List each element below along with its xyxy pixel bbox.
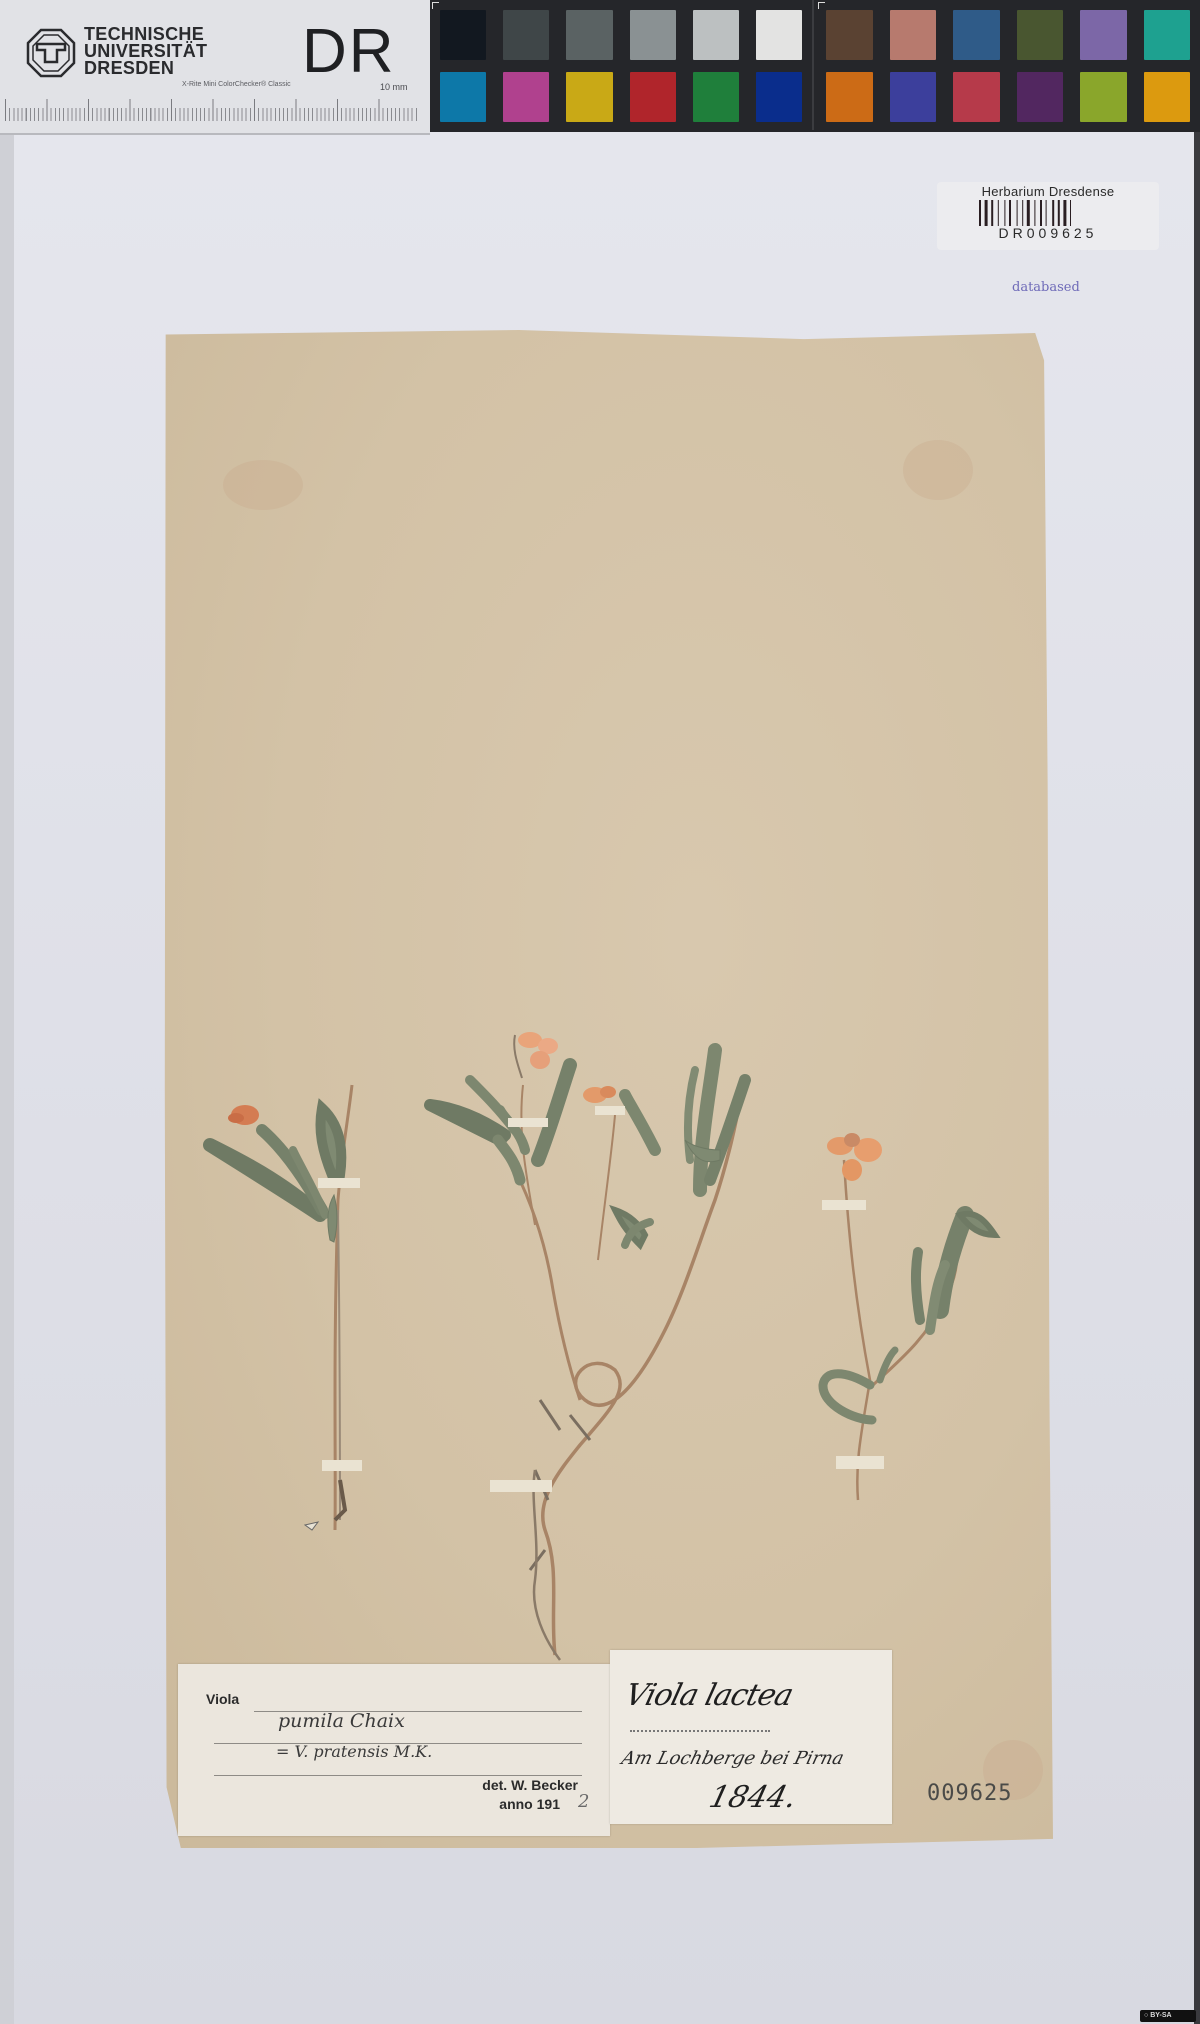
color-patch [630,10,676,60]
scale-label: 10 mm [380,82,408,92]
license-badge: ○ BY-SA [1140,2010,1196,2022]
color-patch [440,10,486,60]
color-patch [1017,72,1064,122]
cc-icon: ○ [1144,2012,1148,2019]
locality-handwritten: Am Lochberge bei Pirna [619,1748,846,1769]
color-patch [566,10,612,60]
name-underline [630,1728,770,1732]
original-name-handwritten: Viola lactea [622,1678,797,1713]
species-handwritten: pumila Chaix [278,1710,405,1732]
color-patch [890,72,937,122]
color-checker [430,0,1200,132]
determiner: det. W. Becker [482,1776,578,1795]
institution-line-3: DRESDEN [84,60,207,77]
collection-year-handwritten: 1844. [706,1780,801,1815]
synonym-handwritten: = V. pratensis M.K. [276,1742,432,1761]
color-patch [440,72,486,122]
color-patch [1144,72,1191,122]
stain [223,460,303,510]
color-checker-right [816,0,1200,130]
color-patch [953,72,1000,122]
color-patch [503,10,549,60]
color-checker-left [430,0,814,130]
year-printed: anno 191 [499,1796,560,1812]
databased-stamp: databased [1012,280,1080,295]
barcode-id: DR009625 [937,225,1159,241]
color-patch [756,72,802,122]
scale-ruler-card: TECHNISCHE UNIVERSITÄT DRESDEN DR X-Rite… [0,0,430,135]
color-patch [566,72,612,122]
herbarium-code: DR [302,20,396,84]
color-patch [756,10,802,60]
original-label: Viola lactea Am Lochberge bei Pirna 1844… [610,1650,892,1824]
color-patch [693,10,739,60]
stain [903,440,973,500]
ruler-major-ticks [5,99,420,121]
color-patch [503,72,549,122]
color-patch [826,10,873,60]
catalog-number: 009625 [927,1781,1012,1806]
colorchecker-caption: X-Rite Mini ColorChecker® Classic [182,81,291,88]
barcode-icon [977,200,1119,226]
genus-label: Viola [206,1691,239,1707]
herbarium-sheet [163,330,1053,1848]
determination-year: anno 191 [482,1795,578,1814]
color-patch [826,72,873,122]
color-patch [630,72,676,122]
scanner-edge [1194,120,1200,2024]
color-patch [1144,10,1191,60]
color-patch [1017,10,1064,60]
barcode-title: Herbarium Dresdense [937,184,1159,199]
backing-board-edge [0,130,14,2024]
institution-name: TECHNISCHE UNIVERSITÄT DRESDEN [84,26,207,77]
color-patch [1080,72,1127,122]
color-patch [693,72,739,122]
license-text: BY-SA [1150,2012,1171,2019]
determiner-block: det. W. Becker anno 191 [482,1776,578,1814]
determination-label: Viola pumila Chaix = V. pratensis M.K. d… [178,1664,610,1836]
tud-logo-icon [26,28,76,78]
color-patch [890,10,937,60]
year-handwritten: 2 [578,1791,589,1812]
color-patch [1080,10,1127,60]
barcode-label: Herbarium Dresdense DR009625 [937,182,1159,250]
color-patch [953,10,1000,60]
